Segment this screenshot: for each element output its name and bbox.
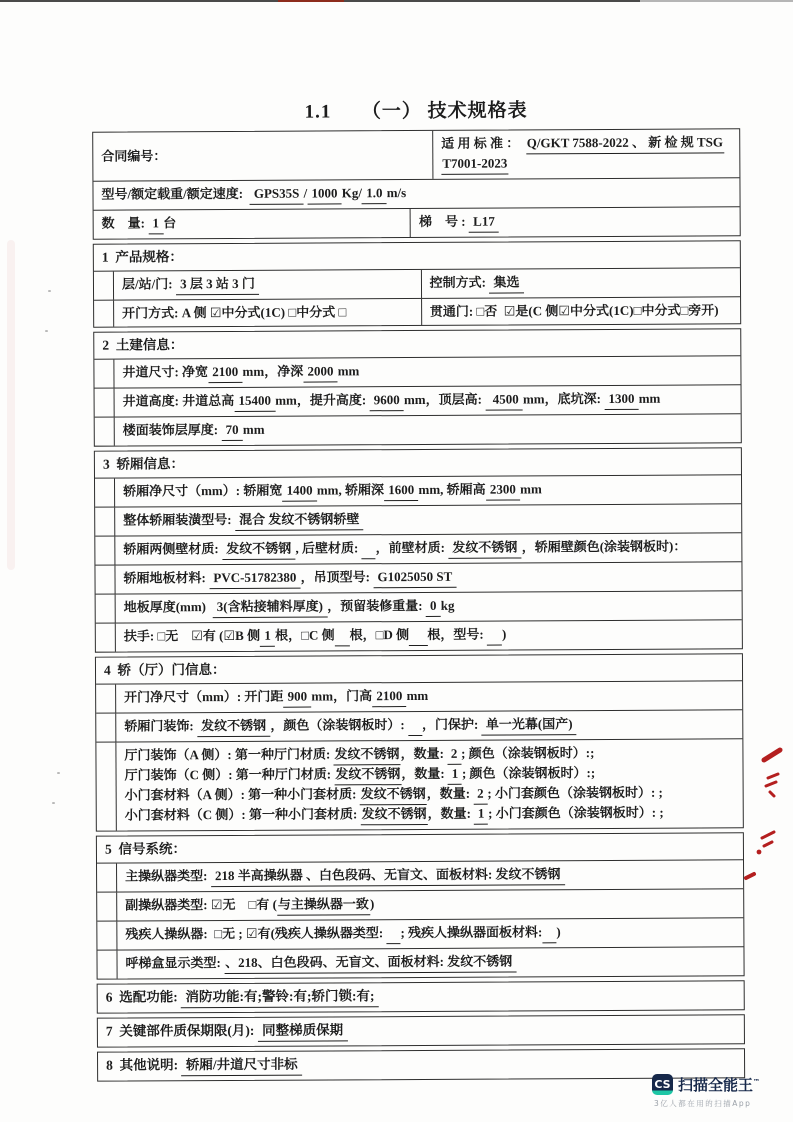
filled-in-value	[408, 716, 422, 736]
filled-in-value: 15400	[234, 392, 275, 412]
field-label: 4 轿（厅）门信息：	[104, 662, 226, 678]
field-label: 地板厚度(mm)	[124, 599, 213, 614]
field-label: ，吊顶型号:	[301, 569, 374, 584]
scan-edge-red-artifact	[278, 0, 344, 2]
text-line: 7 关键部件质保期限(月): 同整梯质保期	[106, 1019, 736, 1042]
cs-logo-icon: CS	[652, 1074, 673, 1095]
filled-in-value: 1	[260, 627, 275, 647]
table-row: 轿厢门装饰: 发纹不锈钢 ，颜色（涂装钢板时）: ，门保护: 单一光幕(国产)	[96, 709, 742, 741]
table-row: 数 量: 1 台梯 号 : L17	[94, 206, 740, 238]
text-line: 轿厢两侧壁材质: 发纹不锈钢 , 后壁材质: ，前壁材质: 发纹不锈钢 ，轿厢壁…	[123, 537, 733, 560]
field-label: 6 选配功能:	[106, 989, 181, 1004]
filled-in-value: L17	[469, 213, 499, 233]
field-label: mm，顶层高:	[404, 392, 485, 407]
field-label: 根，型号:	[427, 627, 487, 642]
filled-in-value: 单一光幕(国产)	[482, 715, 577, 735]
scan-speck	[52, 802, 55, 804]
indent-cell	[95, 418, 115, 446]
filled-in-value: 轿厢/井道尺寸非标	[181, 1056, 302, 1077]
table-cell: 轿厢两侧壁材质: 发纹不锈钢 , 后壁材质: ，前壁材质: 发纹不锈钢 ，轿厢壁…	[115, 533, 741, 564]
field-label: 3 轿厢信息：	[103, 456, 184, 471]
table-row: 呼梯盒显示类型: 、218、白色段码、无盲文、面板材料: 发纹不锈钢	[97, 946, 743, 978]
camscanner-watermark: CS 扫描全能王™ 3亿人都在用的扫描App	[652, 1074, 787, 1109]
table-cell: 层/站/门: 3 层 3 站 3 门	[114, 270, 421, 300]
field-label: ，数量:	[401, 766, 448, 781]
filled-in-value: 2100	[208, 363, 243, 383]
filled-in-value: 3(含粘接辅料厚度)	[212, 597, 327, 618]
table-row: 整体轿厢装潢型号: 混合 发纹不锈钢轿壁	[95, 503, 741, 535]
text-line: 控制方式: 集选	[430, 272, 732, 294]
table-section: 6 选配功能: 消防功能:有;警铃:有;轿门锁:有;	[97, 980, 745, 1013]
table-cell: 合同编号：	[93, 131, 432, 181]
filled-in-value: 2300	[486, 480, 521, 500]
filled-in-value: G1025050 ST	[373, 568, 456, 588]
filled-in-value: 、218、白色段码、无盲文、面板材料: 发纹不锈钢	[224, 952, 516, 974]
table-cell: 梯 号 : L17	[410, 207, 740, 237]
indent-cell	[97, 864, 117, 892]
indent-cell	[94, 360, 114, 388]
field-label: mm	[639, 391, 661, 406]
field-label: ; 小门套颜色（涂装钢板时）: ;	[487, 785, 663, 801]
field-label: mm	[407, 688, 429, 703]
text-line: 残疾人操纵器: □无 ; ☑有(残疾人操纵器类型: ; 残疾人操纵器面板材料: …	[125, 922, 735, 945]
field-label: 小门套材料（C 侧）: 第一种小门套材质:	[125, 806, 361, 822]
field-label: )	[502, 627, 506, 642]
field-label: mm	[338, 363, 360, 378]
table-section: 3 轿厢信息：轿厢净尺寸（mm）: 轿厢宽 1400 mm, 轿厢深 1600 …	[94, 447, 743, 652]
table-row: 层/站/门: 3 层 3 站 3 门 控制方式: 集选	[94, 267, 740, 299]
field-label: ，轿厢壁颜色(涂装钢板时)：	[522, 539, 687, 555]
table-cell: 副操纵器类型: ☑无 □有 (与主操纵器一致)	[117, 889, 743, 920]
field-label: 5 信号系统：	[105, 841, 186, 856]
filled-in-value: 发纹不锈钢	[197, 717, 271, 737]
section-header-row: 6 选配功能: 消防功能:有;警铃:有;轿门锁:有;	[98, 981, 744, 1012]
filled-in-value: 4500	[485, 390, 523, 410]
indent-cell	[97, 893, 117, 921]
text-line: 贯通门: □否 ☑是(C 侧☑中分式(1C)□中分式□旁开)	[430, 301, 732, 321]
table-row: 楼面装饰层厚度: 70 mm	[95, 413, 741, 445]
field-label: m/s	[387, 185, 407, 200]
field-label: 台	[163, 215, 176, 230]
text-line: 4 轿（厅）门信息：	[104, 658, 734, 679]
table-cell: 2 土建信息：	[94, 329, 740, 358]
filled-in-value: 2000	[303, 362, 338, 382]
table-cell: 控制方式: 集选	[421, 268, 740, 298]
table-section: 8 其他说明: 轿厢/井道尺寸非标	[97, 1048, 745, 1081]
filled-in-value: 1000	[307, 184, 342, 204]
table-cell: 数 量: 1 台	[94, 209, 411, 239]
field-label: 轿厢净尺寸（mm）: 轿厢宽	[123, 483, 282, 499]
field-label: 数 量:	[102, 215, 149, 230]
field-label: 合同编号：	[101, 148, 166, 163]
field-label: 8 其他说明:	[106, 1057, 181, 1072]
table-row: 轿厢净尺寸（mm）: 轿厢宽 1400 mm, 轿厢深 1600 mm, 轿厢高…	[95, 474, 741, 506]
text-line: 合同编号：	[101, 146, 424, 166]
table-row: 型号/额定载重/额定速度: GPS35S / 1000 Kg/ 1.0 m/s	[93, 177, 739, 209]
filled-in-value	[487, 626, 502, 646]
filled-in-value: 1.0	[362, 184, 387, 204]
field-label: 残疾人操纵器: □无 ; ☑有(残疾人操纵器类型:	[125, 925, 386, 941]
table-cell: 8 其他说明: 轿厢/井道尺寸非标	[98, 1049, 744, 1080]
table-cell: 地板厚度(mm) 3(含粘接辅料厚度) ，预留装修重量: 0 kg	[116, 591, 742, 622]
table-cell: 开门方式: A 侧 ☑中分式(1C) □中分式 □	[114, 299, 421, 327]
field-label: ，数量:	[428, 806, 475, 821]
field-label: 层/站/门:	[122, 276, 176, 291]
field-label: 厅门装饰（C 侧）: 第一种厅门材质:	[125, 766, 335, 782]
field-label: ; 小门套颜色（涂装钢板时）: ;	[488, 805, 664, 821]
indent-cell	[97, 951, 117, 979]
filled-in-value: Q/GKT 7588-2022 、 新 检 规 TSG	[526, 133, 724, 154]
field-label: mm，底坑深:	[523, 391, 604, 406]
filled-in-value: 1600	[384, 481, 419, 501]
table-cell: 3 轿厢信息：	[95, 448, 741, 477]
text-line: 5 信号系统：	[105, 837, 735, 858]
filled-in-value: 2	[473, 785, 487, 805]
table-section: 合同编号：适 用 标 准 ： Q/GKT 7588-2022 、 新 检 规 T…	[92, 128, 741, 239]
table-cell: 楼面装饰层厚度: 70 mm	[115, 414, 741, 445]
field-label: 副操纵器类型: ☑无 □有 (	[125, 897, 277, 913]
field-label: 轿厢两侧壁材质:	[123, 541, 222, 557]
text-line: 层/站/门: 3 层 3 站 3 门	[122, 274, 413, 296]
field-label: ，门保护:	[422, 717, 482, 732]
field-label: )	[556, 924, 560, 939]
field-label: 开门方式: A 侧 ☑中分式(1C) □中分式 □	[122, 304, 346, 320]
text-line: 6 选配功能: 消防功能:有;警铃:有;轿门锁:有;	[106, 985, 736, 1008]
filled-in-value: 消防功能:有;警铃:有;轿门锁:有;	[181, 987, 379, 1008]
section-header-row: 4 轿（厅）门信息：	[96, 654, 742, 683]
filled-in-value: 900	[283, 688, 311, 708]
table-row: 主操纵器类型: 218 半高操纵器 、白色段码、无盲文、面板材料: 发纹不锈钢	[97, 859, 743, 891]
page-title: 1.1 （一） 技术规格表	[92, 94, 740, 124]
field-label: 根，□D 侧	[350, 627, 410, 642]
table-section: 4 轿（厅）门信息：开门净尺寸（mm）: 开门距 900 mm，门高 2100 …	[95, 653, 744, 831]
filled-in-value: 与主操纵器一致	[277, 895, 370, 915]
filled-in-value: 发纹不锈钢	[222, 540, 296, 560]
field-label: mm	[520, 481, 542, 496]
table-row: 井道尺寸: 净宽 2100 mm，净深 2000 mm	[94, 355, 740, 387]
filled-in-value	[409, 626, 427, 646]
document-body: 1.1 （一） 技术规格表 合同编号：适 用 标 准 ： Q/GKT 7588-…	[92, 94, 745, 1085]
field-label: 井道尺寸: 净宽	[122, 364, 208, 379]
text-line: T7001-2023	[441, 153, 731, 175]
indent-cell	[96, 624, 116, 652]
indent-cell	[96, 595, 116, 623]
text-line: 适 用 标 准 ： Q/GKT 7588-2022 、 新 检 规 TSG	[441, 133, 731, 155]
table-row: 扶手: □无 ☑有 (☑B 侧 1 根，□C 侧 根，□D 侧 根，型号: )	[96, 619, 742, 651]
trademark-symbol: ™	[753, 1078, 760, 1086]
table-row: 轿厢地板材料: PVC-51782380 ，吊顶型号: G1025050 ST	[95, 561, 741, 593]
field-label: mm, 轿厢深	[317, 482, 384, 497]
indent-cell	[95, 566, 115, 594]
table-cell: 轿厢门装饰: 发纹不锈钢 ，颜色（涂装钢板时）: ，门保护: 单一光幕(国产)	[116, 710, 742, 741]
camscanner-app-name-text: 扫描全能王	[678, 1076, 753, 1094]
table-row: 残疾人操纵器: □无 ; ☑有(残疾人操纵器类型: ; 残疾人操纵器面板材料: …	[97, 917, 743, 949]
table-row: 合同编号：适 用 标 准 ： Q/GKT 7588-2022 、 新 检 规 T…	[93, 129, 739, 180]
field-label: 轿厢门装饰:	[124, 718, 197, 733]
field-label: 整体轿厢装潢型号:	[123, 512, 235, 528]
filled-in-value: 发纹不锈钢	[334, 765, 401, 785]
field-label: 扶手: □无 ☑有 (☑B 侧	[124, 628, 260, 644]
field-label: 开门净尺寸（mm）: 开门距	[124, 689, 283, 705]
filled-in-value	[542, 923, 556, 943]
field-label: ，数量:	[401, 746, 448, 761]
filled-in-value: 1	[474, 805, 488, 825]
field-label: 型号/额定载重/额定速度:	[101, 186, 249, 202]
field-label: ; 颜色（涂装钢板时）:;	[461, 745, 594, 761]
table-cell: 1 产品规格：	[94, 241, 740, 270]
table-cell: 开门净尺寸（mm）: 开门距 900 mm，门高 2100 mm	[116, 681, 742, 712]
filled-in-value: 发纹不锈钢	[361, 805, 428, 825]
field-label: 适 用 标 准 ：	[441, 135, 526, 150]
section-header-row: 2 土建信息：	[94, 329, 740, 358]
field-label: 楼面装饰层厚度:	[123, 422, 222, 438]
table-cell: 井道高度: 井道总高 15400 mm，提升高度: 9600 mm，顶层高: 4…	[115, 385, 741, 416]
field-label: mm，提升高度:	[275, 392, 369, 407]
camscanner-app-name: 扫描全能王™	[678, 1074, 760, 1095]
filled-in-value: 0	[426, 597, 441, 617]
scan-speck	[57, 772, 60, 774]
text-line: 小门套材料（C 侧）: 第一种小门套材质: 发纹不锈钢，数量: 1; 小门套颜色…	[125, 803, 735, 826]
field-label: mm，净深	[242, 364, 303, 379]
table-section: 7 关键部件质保期限(月): 同整梯质保期	[97, 1014, 745, 1047]
table-cell: 适 用 标 准 ： Q/GKT 7588-2022 、 新 检 规 TSGT70…	[432, 129, 739, 179]
filled-in-value	[386, 924, 400, 944]
text-line: 1 产品规格：	[102, 245, 732, 266]
filled-in-value: GPS35S	[250, 185, 304, 205]
table-cell: 扶手: □无 ☑有 (☑B 侧 1 根，□C 侧 根，□D 侧 根，型号: )	[116, 620, 742, 651]
text-line: 楼面装饰层厚度: 70 mm	[123, 418, 733, 441]
filled-in-value: 1	[448, 765, 462, 785]
filled-in-value: 70	[221, 421, 243, 441]
filled-in-value: 9600	[369, 391, 404, 411]
filled-in-value: 218 半高操纵器 、白色段码、无盲文、面板材料: 发纹不锈钢	[211, 865, 565, 887]
table-row: 开门净尺寸（mm）: 开门距 900 mm，门高 2100 mm	[96, 680, 742, 712]
table-cell: 残疾人操纵器: □无 ; ☑有(残疾人操纵器类型: ; 残疾人操纵器面板材料: …	[117, 918, 743, 949]
scan-speck	[48, 290, 51, 292]
text-line: 主操纵器类型: 218 半高操纵器 、白色段码、无盲文、面板材料: 发纹不锈钢	[125, 864, 735, 887]
table-cell: 轿厢地板材料: PVC-51782380 ，吊顶型号: G1025050 ST	[115, 562, 741, 593]
filled-in-value: 发纹不锈钢	[448, 538, 522, 558]
table-row: 轿厢两侧壁材质: 发纹不锈钢 , 后壁材质: ，前壁材质: 发纹不锈钢 ，轿厢壁…	[95, 532, 741, 564]
field-label: 1 产品规格：	[102, 249, 183, 264]
field-label: )	[370, 896, 374, 911]
table-cell: 型号/额定载重/额定速度: GPS35S / 1000 Kg/ 1.0 m/s	[93, 178, 739, 209]
filled-in-value: 发纹不锈钢	[360, 785, 427, 805]
field-label: Kg/	[342, 185, 362, 200]
field-label: 井道高度: 井道总高	[123, 393, 235, 409]
handwritten-red-marks-icon	[728, 742, 788, 892]
section-header-row: 3 轿厢信息：	[95, 448, 741, 477]
table-row: 厅门装饰（A 侧）: 第一种厅门材质: 发纹不锈钢，数量: 2; 颜色（涂装钢板…	[96, 738, 742, 830]
table-row: 地板厚度(mm) 3(含粘接辅料厚度) ，预留装修重量: 0 kg	[96, 590, 742, 622]
text-line: 地板厚度(mm) 3(含粘接辅料厚度) ，预留装修重量: 0 kg	[124, 595, 734, 618]
text-line: 井道高度: 井道总高 15400 mm，提升高度: 9600 mm，顶层高: 4…	[123, 389, 733, 412]
table-row: 副操纵器类型: ☑无 □有 (与主操纵器一致)	[97, 888, 743, 920]
field-label: 小门套材料（A 侧）: 第一种小门套材质:	[125, 786, 360, 802]
text-line: 开门净尺寸（mm）: 开门距 900 mm，门高 2100 mm	[124, 685, 734, 708]
filled-in-value: 2	[447, 745, 461, 765]
filled-in-value: PVC-51782380	[209, 569, 301, 589]
field-label: 主操纵器类型:	[125, 868, 211, 883]
filled-in-value: 混合 发纹不锈钢轿壁	[235, 510, 364, 531]
field-label: 呼梯盒显示类型:	[125, 955, 224, 971]
field-label: 7 关键部件质保期限(月):	[106, 1023, 258, 1039]
field-label: ，预留装修重量:	[327, 598, 426, 614]
table-cell: 6 选配功能: 消防功能:有;警铃:有;轿门锁:有;	[98, 981, 744, 1012]
field-label: 根，□C 侧	[275, 627, 335, 642]
table-cell: 贯通门: □否 ☑是(C 侧☑中分式(1C)□中分式□旁开)	[421, 297, 740, 325]
indent-cell	[94, 301, 114, 327]
field-label: 贯通门: □否 ☑是(C 侧☑中分式(1C)□中分式□旁开)	[430, 302, 719, 319]
filled-in-value: 1	[148, 214, 163, 234]
table-row: 开门方式: A 侧 ☑中分式(1C) □中分式 □贯通门: □否 ☑是(C 侧☑…	[94, 296, 740, 326]
section-header-row: 7 关键部件质保期限(月): 同整梯质保期	[98, 1015, 744, 1046]
field-label: mm，门高	[311, 688, 372, 703]
camscanner-watermark-row: CS 扫描全能王™	[652, 1074, 787, 1095]
technical-spec-table: 合同编号：适 用 标 准 ： Q/GKT 7588-2022 、 新 检 规 T…	[92, 128, 745, 1081]
text-line: 扶手: □无 ☑有 (☑B 侧 1 根，□C 侧 根，□D 侧 根，型号: )	[124, 624, 734, 647]
indent-cell	[94, 272, 114, 300]
indent-cell	[95, 508, 115, 536]
field-label: 梯 号 :	[419, 214, 469, 229]
text-line: 8 其他说明: 轿厢/井道尺寸非标	[106, 1053, 736, 1076]
filled-in-value: 2100	[372, 687, 407, 707]
table-cell: 厅门装饰（A 侧）: 第一种厅门材质: 发纹不锈钢，数量: 2; 颜色（涂装钢板…	[116, 739, 742, 830]
field-label: ，数量:	[427, 786, 474, 801]
text-line: 轿厢门装饰: 发纹不锈钢 ，颜色（涂装钢板时）: ，门保护: 单一光幕(国产)	[124, 714, 734, 737]
filled-in-value: T7001-2023	[441, 155, 508, 175]
table-row: 井道高度: 井道总高 15400 mm，提升高度: 9600 mm，顶层高: 4…	[95, 384, 741, 416]
text-line: 2 土建信息：	[102, 333, 732, 354]
indent-cell	[96, 743, 116, 831]
section-header-row: 8 其他说明: 轿厢/井道尺寸非标	[98, 1049, 744, 1080]
field-label: ，前壁材质:	[376, 540, 449, 555]
table-cell: 4 轿（厅）门信息：	[96, 654, 742, 683]
field-label: ，颜色（涂装钢板时）:	[270, 717, 408, 733]
table-section: 2 土建信息：井道尺寸: 净宽 2100 mm，净深 2000 mm井道高度: …	[93, 328, 742, 446]
filled-in-value: 3 层 3 站 3 门	[176, 275, 259, 295]
field-label: kg	[441, 598, 455, 613]
scan-speck	[45, 330, 48, 332]
section-header-row: 5 信号系统：	[97, 833, 743, 862]
field-label: , 后壁材质:	[295, 540, 361, 555]
camscanner-tagline: 3亿人都在用的扫描App	[654, 1098, 787, 1109]
table-cell: 井道尺寸: 净宽 2100 mm，净深 2000 mm	[114, 356, 740, 387]
table-cell: 5 信号系统：	[97, 833, 743, 862]
field-label: 轿厢地板材料:	[123, 570, 209, 585]
field-label: 控制方式:	[430, 275, 490, 290]
table-cell: 呼梯盒显示类型: 、218、白色段码、无盲文、面板材料: 发纹不锈钢	[117, 947, 743, 978]
field-label: mm	[243, 422, 265, 437]
table-cell: 主操纵器类型: 218 半高操纵器 、白色段码、无盲文、面板材料: 发纹不锈钢	[117, 860, 743, 891]
indent-cell	[95, 389, 115, 417]
field-label: ; 残疾人操纵器面板材料:	[400, 924, 542, 940]
filled-in-value: 1300	[604, 390, 639, 410]
text-line: 数 量: 1 台	[102, 213, 402, 235]
table-cell: 轿厢净尺寸（mm）: 轿厢宽 1400 mm, 轿厢深 1600 mm, 轿厢高…	[115, 475, 741, 506]
indent-cell	[95, 537, 115, 565]
filled-in-value	[335, 626, 350, 646]
text-line: 轿厢净尺寸（mm）: 轿厢宽 1400 mm, 轿厢深 1600 mm, 轿厢高…	[123, 479, 733, 502]
field-label: 厅门装饰（A 侧）: 第一种厅门材质:	[124, 746, 333, 762]
text-line: 井道尺寸: 净宽 2100 mm，净深 2000 mm	[122, 360, 732, 383]
text-line: 呼梯盒显示类型: 、218、白色段码、无盲文、面板材料: 发纹不锈钢	[125, 951, 735, 974]
field-label: ; 颜色（涂装钢板时）:;	[462, 765, 595, 781]
text-line: 型号/额定载重/额定速度: GPS35S / 1000 Kg/ 1.0 m/s	[101, 182, 731, 205]
table-section: 1 产品规格：层/站/门: 3 层 3 站 3 门 控制方式: 集选 开门方式:…	[93, 240, 741, 327]
section-header-row: 1 产品规格：	[94, 241, 740, 270]
text-line: 开门方式: A 侧 ☑中分式(1C) □中分式 □	[122, 303, 413, 323]
scan-smudge-artifact	[7, 240, 15, 570]
scanned-document-page: 1.1 （一） 技术规格表 合同编号：适 用 标 准 ： Q/GKT 7588-…	[0, 0, 793, 1122]
indent-cell	[95, 479, 115, 507]
indent-cell	[97, 922, 117, 950]
indent-cell	[96, 714, 116, 742]
text-line: 整体轿厢装潢型号: 混合 发纹不锈钢轿壁	[123, 508, 733, 531]
scan-edge-fade-artifact	[640, 0, 793, 2]
field-label: mm, 轿厢高	[418, 482, 485, 497]
filled-in-value: 1400	[282, 482, 317, 502]
text-line: 轿厢地板材料: PVC-51782380 ，吊顶型号: G1025050 ST	[123, 566, 733, 589]
filled-in-value: 集选	[489, 273, 524, 293]
text-line: 梯 号 : L17	[419, 211, 732, 233]
table-section: 5 信号系统：主操纵器类型: 218 半高操纵器 、白色段码、无盲文、面板材料:…	[96, 832, 745, 979]
table-cell: 7 关键部件质保期限(月): 同整梯质保期	[98, 1015, 744, 1046]
text-line: 3 轿厢信息：	[103, 452, 733, 473]
filled-in-value: 同整梯质保期	[258, 1021, 348, 1041]
field-label: 2 土建信息：	[102, 337, 183, 352]
filled-in-value: 发纹不锈钢	[333, 745, 400, 765]
filled-in-value	[362, 539, 376, 559]
text-line: 副操纵器类型: ☑无 □有 (与主操纵器一致)	[125, 893, 735, 916]
table-cell: 整体轿厢装潢型号: 混合 发纹不锈钢轿壁	[115, 504, 741, 535]
indent-cell	[96, 685, 116, 713]
